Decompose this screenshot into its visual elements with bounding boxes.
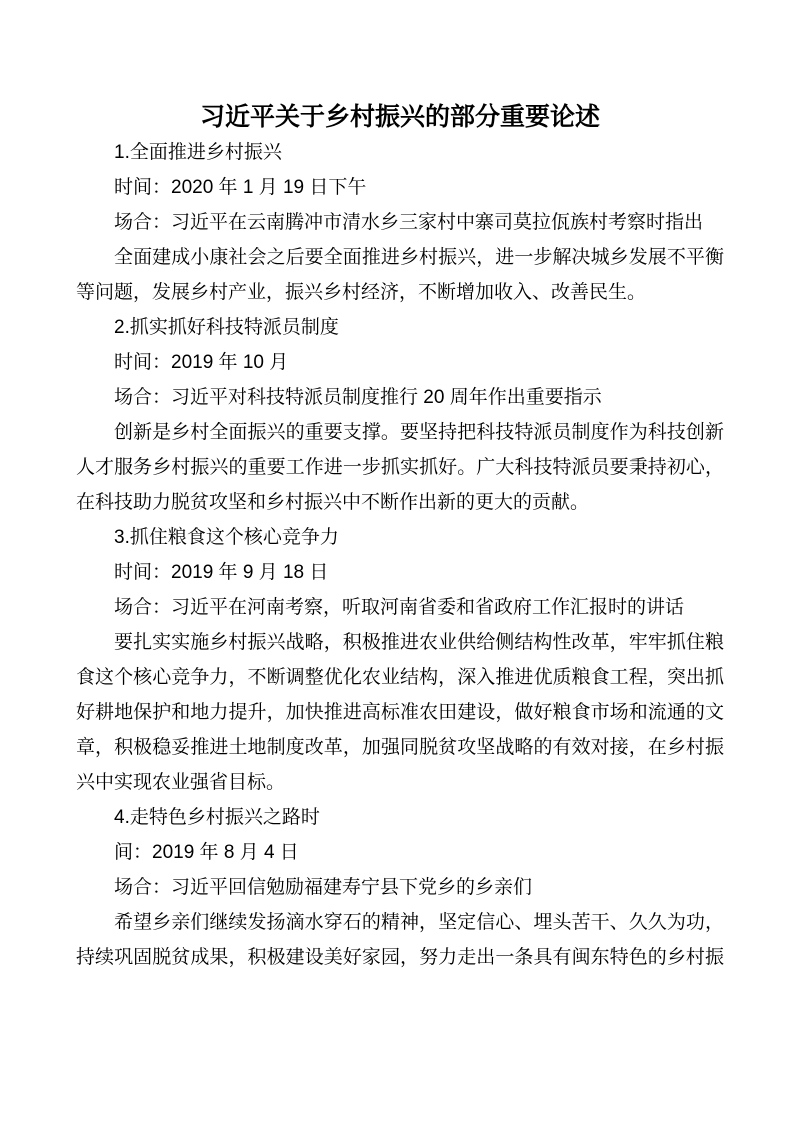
- quote-line: 希望乡亲们继续发扬滴水穿石的精神，坚定信心、埋头苦干、久久为功，: [76, 905, 724, 940]
- occasion-line: 场合：习近平在云南腾冲市清水乡三家村中寨司莫拉佤族村考察时指出: [76, 205, 724, 240]
- quote-line: 全面建成小康社会之后要全面推进乡村振兴，进一步解决城乡发展不平衡: [76, 240, 724, 275]
- document-title: 习近平关于乡村振兴的部分重要论述: [76, 100, 724, 135]
- section: 4.走特色乡村振兴之路时间：2019 年 8 月 4 日场合：习近平回信勉励福建…: [76, 800, 724, 975]
- time-line: 时间：2019 年 9 月 18 日: [76, 555, 724, 590]
- section-heading: 2.抓实抓好科技特派员制度: [76, 310, 724, 345]
- quote-line: 食这个核心竞争力，不断调整优化农业结构，深入推进优质粮食工程，突出抓: [76, 660, 724, 695]
- section-heading: 1.全面推进乡村振兴: [76, 135, 724, 170]
- occasion-line: 场合：习近平回信勉励福建寿宁县下党乡的乡亲们: [76, 870, 724, 905]
- quote-line: 持续巩固脱贫成果，积极建设美好家园，努力走出一条具有闽东特色的乡村振: [76, 940, 724, 975]
- time-line: 间：2019 年 8 月 4 日: [76, 835, 724, 870]
- time-line: 时间：2020 年 1 月 19 日下午: [76, 170, 724, 205]
- quote-line: 等问题，发展乡村产业，振兴乡村经济，不断增加收入、改善民生。: [76, 275, 724, 310]
- section: 2.抓实抓好科技特派员制度时间：2019 年 10 月场合：习近平对科技特派员制…: [76, 310, 724, 520]
- section: 1.全面推进乡村振兴时间：2020 年 1 月 19 日下午场合：习近平在云南腾…: [76, 135, 724, 310]
- time-line: 时间：2019 年 10 月: [76, 345, 724, 380]
- document-body: 1.全面推进乡村振兴时间：2020 年 1 月 19 日下午场合：习近平在云南腾…: [76, 135, 724, 975]
- section-heading: 3.抓住粮食这个核心竞争力: [76, 520, 724, 555]
- quote-line: 创新是乡村全面振兴的重要支撑。要坚持把科技特派员制度作为科技创新: [76, 415, 724, 450]
- section: 3.抓住粮食这个核心竞争力时间：2019 年 9 月 18 日场合：习近平在河南…: [76, 520, 724, 800]
- quote-line: 兴中实现农业强省目标。: [76, 765, 724, 800]
- quote-line: 章，积极稳妥推进土地制度改革，加强同脱贫攻坚战略的有效对接，在乡村振: [76, 730, 724, 765]
- quote-line: 在科技助力脱贫攻坚和乡村振兴中不断作出新的更大的贡献。: [76, 485, 724, 520]
- quote-line: 要扎实实施乡村振兴战略，积极推进农业供给侧结构性改革，牢牢抓住粮: [76, 625, 724, 660]
- occasion-line: 场合：习近平在河南考察，听取河南省委和省政府工作汇报时的讲话: [76, 590, 724, 625]
- occasion-line: 场合：习近平对科技特派员制度推行 20 周年作出重要指示: [76, 380, 724, 415]
- quote-line: 人才服务乡村振兴的重要工作进一步抓实抓好。广大科技特派员要秉持初心，: [76, 450, 724, 485]
- section-heading: 4.走特色乡村振兴之路时: [76, 800, 724, 835]
- quote-line: 好耕地保护和地力提升，加快推进高标准农田建设，做好粮食市场和流通的文: [76, 695, 724, 730]
- document-page: 习近平关于乡村振兴的部分重要论述 1.全面推进乡村振兴时间：2020 年 1 月…: [0, 0, 794, 1122]
